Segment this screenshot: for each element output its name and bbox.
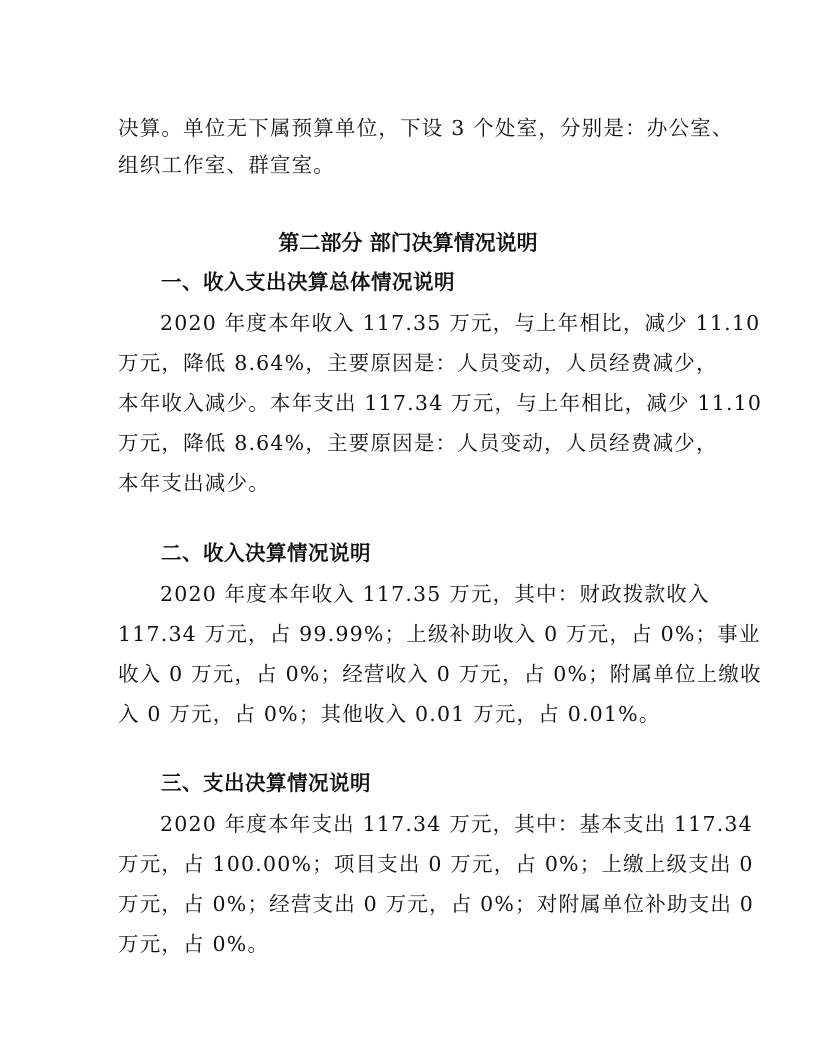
document-page: 决算。单位无下属预算单位，下设 3 个处室，分别是：办公室、 组织工作室、群宣室…: [0, 0, 816, 1056]
section-1-line-5: 本年支出减少。: [118, 470, 700, 496]
section-1-line-3: 本年收入减少。本年支出 117.34 万元，与上年相比，减少 11.10: [118, 390, 700, 416]
section-2-line-3: 收入 0 万元，占 0%；经营收入 0 万元，占 0%；附属单位上缴收: [118, 661, 700, 687]
section-2-line-2: 117.34 万元，占 99.99%；上级补助收入 0 万元，占 0%；事业: [118, 621, 700, 647]
section-2-heading: 二、收入决算情况说明: [161, 540, 371, 566]
section-3-heading: 三、支出决算情况说明: [161, 770, 371, 796]
section-1-line-4: 万元，降低 8.64%，主要原因是：人员变动，人员经费减少，: [118, 430, 700, 456]
section-3-line-3: 万元，占 0%；经营支出 0 万元，占 0%；对附属单位补助支出 0: [118, 891, 700, 917]
section-1-line-2: 万元，降低 8.64%，主要原因是：人员变动，人员经费减少，: [118, 350, 700, 376]
part-title: 第二部分 部门决算情况说明: [0, 230, 816, 256]
intro-line-1: 决算。单位无下属预算单位，下设 3 个处室，分别是：办公室、: [118, 115, 700, 141]
intro-line-2: 组织工作室、群宣室。: [118, 152, 700, 178]
section-2-line-4: 入 0 万元，占 0%；其他收入 0.01 万元，占 0.01%。: [118, 701, 700, 727]
section-2-line-1: 2020 年度本年收入 117.35 万元，其中：财政拨款收入: [160, 581, 700, 607]
section-1-heading: 一、收入支出决算总体情况说明: [161, 269, 455, 295]
section-3-line-4: 万元，占 0%。: [118, 931, 700, 957]
section-3-line-1: 2020 年度本年支出 117.34 万元，其中：基本支出 117.34: [160, 811, 700, 837]
section-3-line-2: 万元，占 100.00%；项目支出 0 万元，占 0%；上缴上级支出 0: [118, 851, 700, 877]
section-1-line-1: 2020 年度本年收入 117.35 万元，与上年相比，减少 11.10: [160, 310, 700, 336]
